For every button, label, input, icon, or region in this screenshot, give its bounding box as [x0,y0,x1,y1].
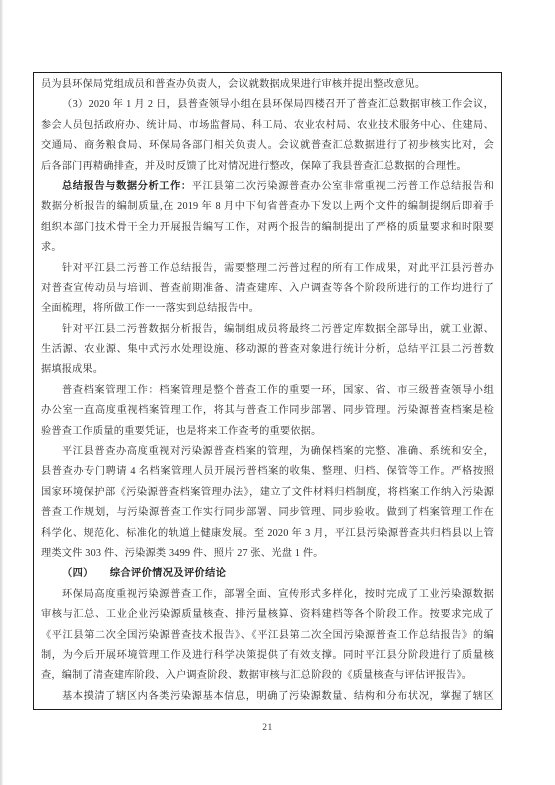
text-line: 后各部门再精确排查，并及时反馈了比对情况进行整改，保障了我县普查汇总数据的合理性… [41,157,494,177]
line-text: 后各部门再精确排查，并及时反馈了比对情况进行整改，保障了我县普查汇总数据的合理性… [41,161,467,172]
line-text: 全面梳理，将所做工作一一落实到总结报告中。 [41,303,259,314]
line-text: 参会人员包括政府办、统计局、市场监督局、科工局、农业农村局、农业技术服务中心、住… [41,120,494,131]
text-line: 理类文件 303 件、污染源类 3499 件、照片 27 张、光盘 1 件。 [41,544,494,564]
text-line: 生活源、农业源、集中式污水处理设施、移动源的普查对象进行统计分析，总结平江县二污… [41,340,494,360]
line-text: 环保局高度重视污染源普查工作，部署全面、宣传形式多样化，按时完成了工业污染源数据 [62,589,494,600]
line-text: 平江县普查办高度重视对污染源普查档案的管理，为确保档案的完整、准确、系统和安全， [62,446,494,457]
text-line: 组织本部门技术骨干全力开展报告编写工作，对两个报告的编制提出了严格的质量要求和时… [41,218,494,238]
text-line: 查，编制了清查建库阶段、入户调查阶段、数据审核与汇总阶段的《质量核查与评估评报告… [41,666,494,686]
line-text: 理类文件 303 件、污染源类 3499 件、照片 27 张、光盘 1 件。 [41,548,324,559]
line-text: 对普查宣传动员与培训、普查前期准备、清查建库、入户调查等各个阶段所进行的工作均进… [41,283,494,294]
line-text: 针对平江县二污普数据分析报告，编制组成员将最终二污普定库数据全部导出，就工业源、 [62,324,494,335]
text-line: 针对平江县二污普工作总结报告，需要整理二污普过程的所有工作成果，对此平江县污普办 [41,259,494,279]
text-line: （3）2020 年 1 月 2 日，县普查领导小组在县环保局四楼召开了普查汇总数… [41,95,494,115]
line-text: 数据分析报告的编制质量,在 2019 年 8 月中下旬省普查办下发以上两个文件的… [41,201,494,212]
line-text: 普查工作规划，与污染源普查工作实行同步部署、同步管理、同步验收。做到了档案管理工… [41,507,494,518]
line-text: 平江县第二次污染源普查办公室非常重视二污普工作总结报告和 [192,181,494,192]
text-line: 环保局高度重视污染源普查工作，部署全面、宣传形式多样化，按时完成了工业污染源数据 [41,585,494,605]
text-line: 据填报成果。 [41,360,494,380]
text-line: 平江县普查办高度重视对污染源普查档案的管理，为确保档案的完整、准确、系统和安全， [41,442,494,462]
text-line: 交通局、商务粮食局、环保局各部门相关负责人。会议就普查汇总数据进行了初步核实比对… [41,136,494,156]
text-line: 全面梳理，将所做工作一一落实到总结报告中。 [41,299,494,319]
line-text: 制，为今后开展环境管理工作及进行科学决策提供了有效支撑。同时平江县分阶段进行了质… [41,650,494,661]
line-text: 《平江县第二次全国污染源普查技术报告》、《平江县第二次全国污染源普查工作总结报告… [41,630,494,641]
line-text: 办公室一直高度重视档案管理工作，将其与普查工作同步部署、同步管理。污染源普查档案… [41,405,494,416]
line-text: 据填报成果。 [41,364,103,375]
page-number: 21 [33,723,502,733]
line-text: 针对平江县二污普工作总结报告，需要整理二污普过程的所有工作成果，对此平江县污普办 [62,263,494,274]
scanned-document-page: { "page": { "number": "21" }, "document"… [0,0,555,785]
text-line: 基本摸清了辖区内各类污染源基本信息，明确了污染源数量、结构和分布状况，掌握了辖区 [41,687,494,707]
text-line: 参会人员包括政府办、统计局、市场监督局、科工局、农业农村局、农业技术服务中心、住… [41,116,494,136]
text-line: 数据分析报告的编制质量,在 2019 年 8 月中下旬省普查办下发以上两个文件的… [41,197,494,217]
text-line: 对普查宣传动员与培训、普查前期准备、清查建库、入户调查等各个阶段所进行的工作均进… [41,279,494,299]
text-line: 求。 [41,238,494,258]
line-text: 组织本部门技术骨干全力开展报告编写工作，对两个报告的编制提出了严格的质量要求和时… [41,222,494,233]
line-text: 县普查办专门聘请 4 名档案管理人员开展污普档案的收集、整理、归档、保管等工作。… [41,466,494,477]
text-line: 员为县环保局党组成员和普查办负责人，会议就数据成果进行审核并提出整改意见。 [41,75,494,95]
text-line: 《平江县第二次全国污染源普查技术报告》、《平江县第二次全国污染源普查工作总结报告… [41,626,494,646]
line-text: 验普查工作质量的重要凭证，也是将来工作查考的重要依据。 [41,426,321,437]
text-line: 审核与汇总、工业企业污染源质量核查、排污量核算、资料建档等各个阶段工作。按要求完… [41,605,494,625]
text-line: 县普查办专门聘请 4 名档案管理人员开展污普档案的收集、整理、归档、保管等工作。… [41,462,494,482]
text-line: 科学化、规范化、标准化的轨道上健康发展。至 2020 年 3 月，平江县污染源普… [41,524,494,544]
line-text: 国家环境保护部《污染源普查档案管理办法》，建立了文件材料归档制度，将档案工作纳入… [41,487,494,498]
line-text: 普查档案管理工作：档案管理是整个普查工作的重要一环，国家、省、市三级普查领导小组 [62,385,494,396]
text-line: 验普查工作质量的重要凭证，也是将来工作查考的重要依据。 [41,422,494,442]
document-text-body: 员为县环保局党组成员和普查办负责人，会议就数据成果进行审核并提出整改意见。（3）… [41,75,494,707]
line-text: 科学化、规范化、标准化的轨道上健康发展。至 2020 年 3 月，平江县污染源普… [41,528,494,539]
text-line: 制，为今后开展环境管理工作及进行科学决策提供了有效支撑。同时平江县分阶段进行了质… [41,646,494,666]
line-text: 生活源、农业源、集中式污水处理设施、移动源的普查对象进行统计分析，总结平江县二污… [41,344,494,355]
text-line: 办公室一直高度重视档案管理工作，将其与普查工作同步部署、同步管理。污染源普查档案… [41,401,494,421]
line-text: 员为县环保局党组成员和普查办负责人，会议就数据成果进行审核并提出整改意见。 [41,79,425,90]
line-text: 审核与汇总、工业企业污染源质量核查、排污量核算、资料建档等各个阶段工作。按要求完… [41,609,494,620]
text-line: 总结报告与数据分析工作：平江县第二次污染源普查办公室非常重视二污普工作总结报告和 [41,177,494,197]
text-line: 普查档案管理工作：档案管理是整个普查工作的重要一环，国家、省、市三级普查领导小组 [41,381,494,401]
text-line: 普查工作规划，与污染源普查工作实行同步部署、同步管理、同步验收。做到了档案管理工… [41,503,494,523]
line-text: （3）2020 年 1 月 2 日，县普查领导小组在县环保局四楼召开了普查汇总数… [62,99,494,110]
line-text: 求。 [41,242,62,253]
line-text: 交通局、商务粮食局、环保局各部门相关负责人。会议就普查汇总数据进行了初步核实比对… [41,140,494,151]
line-bold-prefix: 总结报告与数据分析工作： [62,181,192,192]
text-line: （四） 综合评价情况及评价结论 [41,564,494,584]
text-line: 国家环境保护部《污染源普查档案管理办法》，建立了文件材料归档制度，将档案工作纳入… [41,483,494,503]
line-text: 基本摸清了辖区内各类污染源基本信息，明确了污染源数量、结构和分布状况，掌握了辖区 [62,691,494,702]
text-line: 针对平江县二污普数据分析报告，编制组成员将最终二污普定库数据全部导出，就工业源、 [41,320,494,340]
document-border-frame: 员为县环保局党组成员和普查办负责人，会议就数据成果进行审核并提出整改意见。（3）… [33,72,502,710]
line-text: 查，编制了清查建库阶段、入户调查阶段、数据审核与汇总阶段的《质量核查与评估评报告… [41,670,472,681]
scan-edge-artifact [0,0,3,785]
line-bold-prefix: （四） 综合评价情况及评价结论 [62,568,226,579]
